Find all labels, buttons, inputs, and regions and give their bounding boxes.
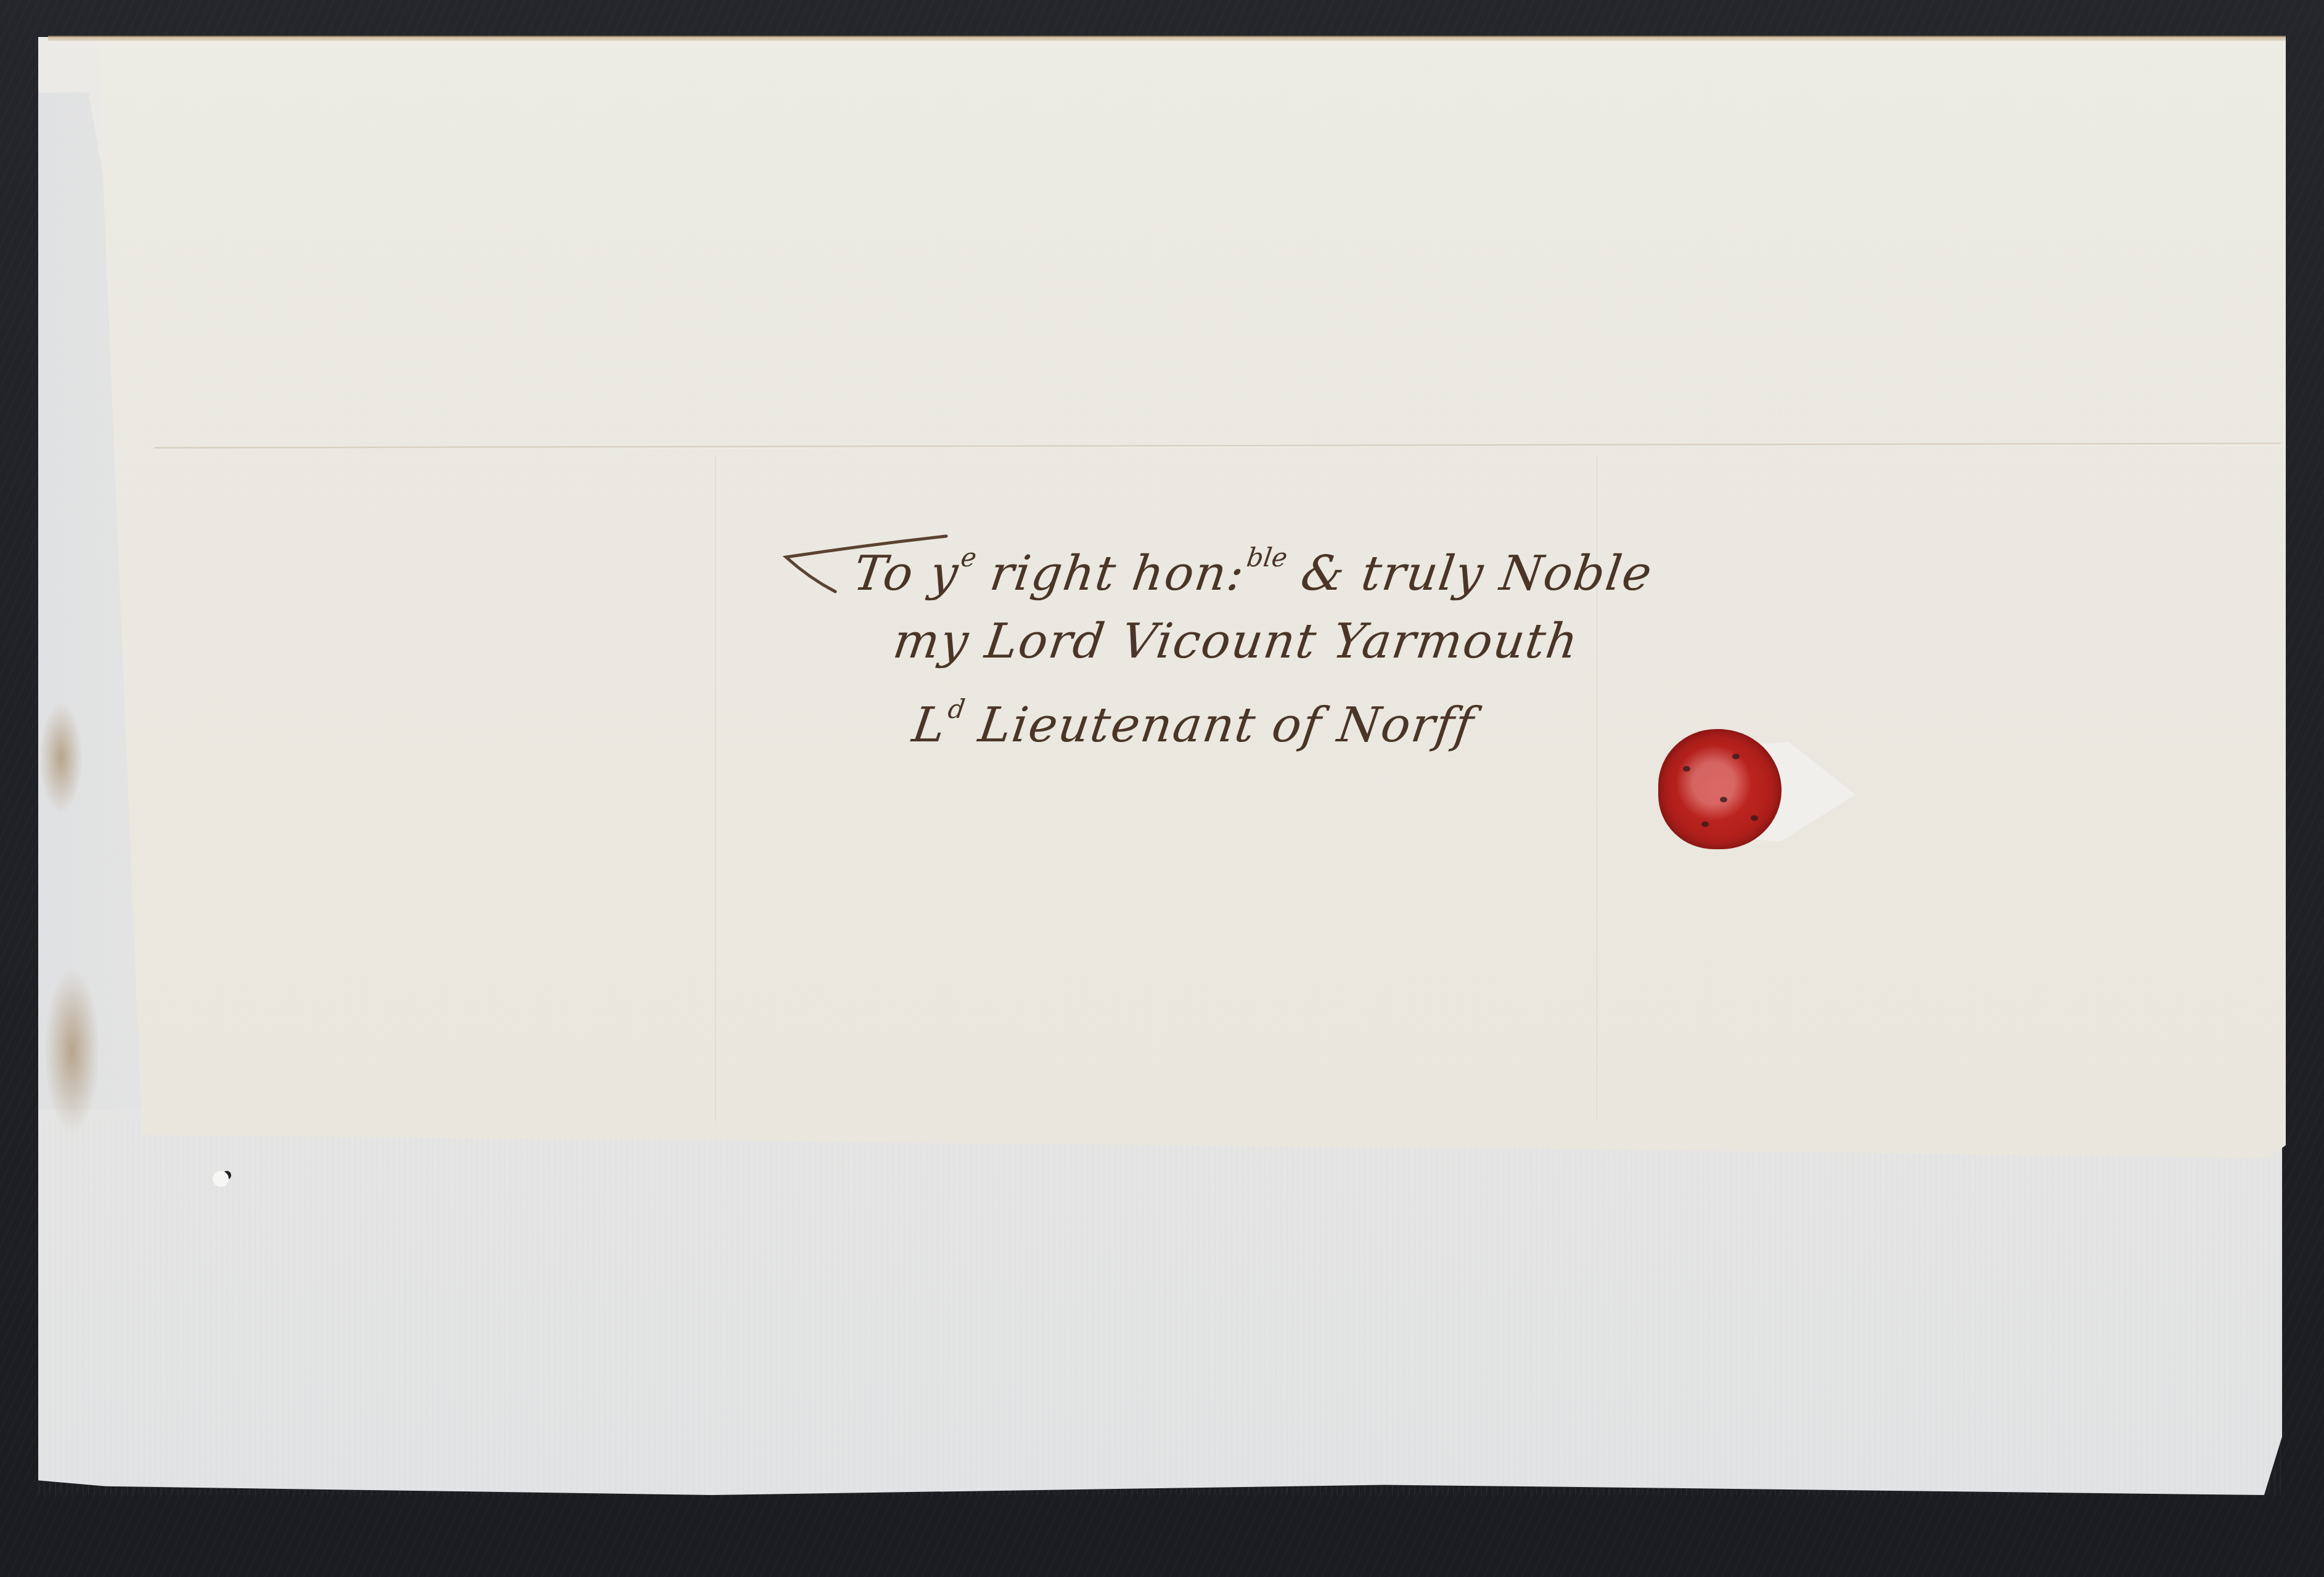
top-edge-stain (48, 36, 2286, 41)
foxing-stain (44, 968, 100, 1134)
seal-speck (1683, 766, 1690, 772)
address-line-3: Ld Lieutenant of Norff (760, 675, 1573, 759)
seal-speck (1751, 815, 1758, 821)
foxing-stain (39, 703, 83, 813)
address-line-2: my Lord Vicount Yarmouth (772, 608, 1582, 675)
wax-seal (1652, 718, 1862, 857)
seal-speck (1701, 821, 1709, 827)
address-line-1: To ye right hon:ble & truly Noble (782, 524, 1595, 608)
wax-seal-icon (1658, 729, 1782, 849)
address-block: To ye right hon:ble & truly Noble my Lor… (760, 524, 1595, 759)
vertical-fold-line-left (715, 456, 717, 1122)
seal-speck (1720, 797, 1727, 802)
seal-speck (1732, 754, 1740, 759)
paper-hole (213, 1171, 229, 1187)
